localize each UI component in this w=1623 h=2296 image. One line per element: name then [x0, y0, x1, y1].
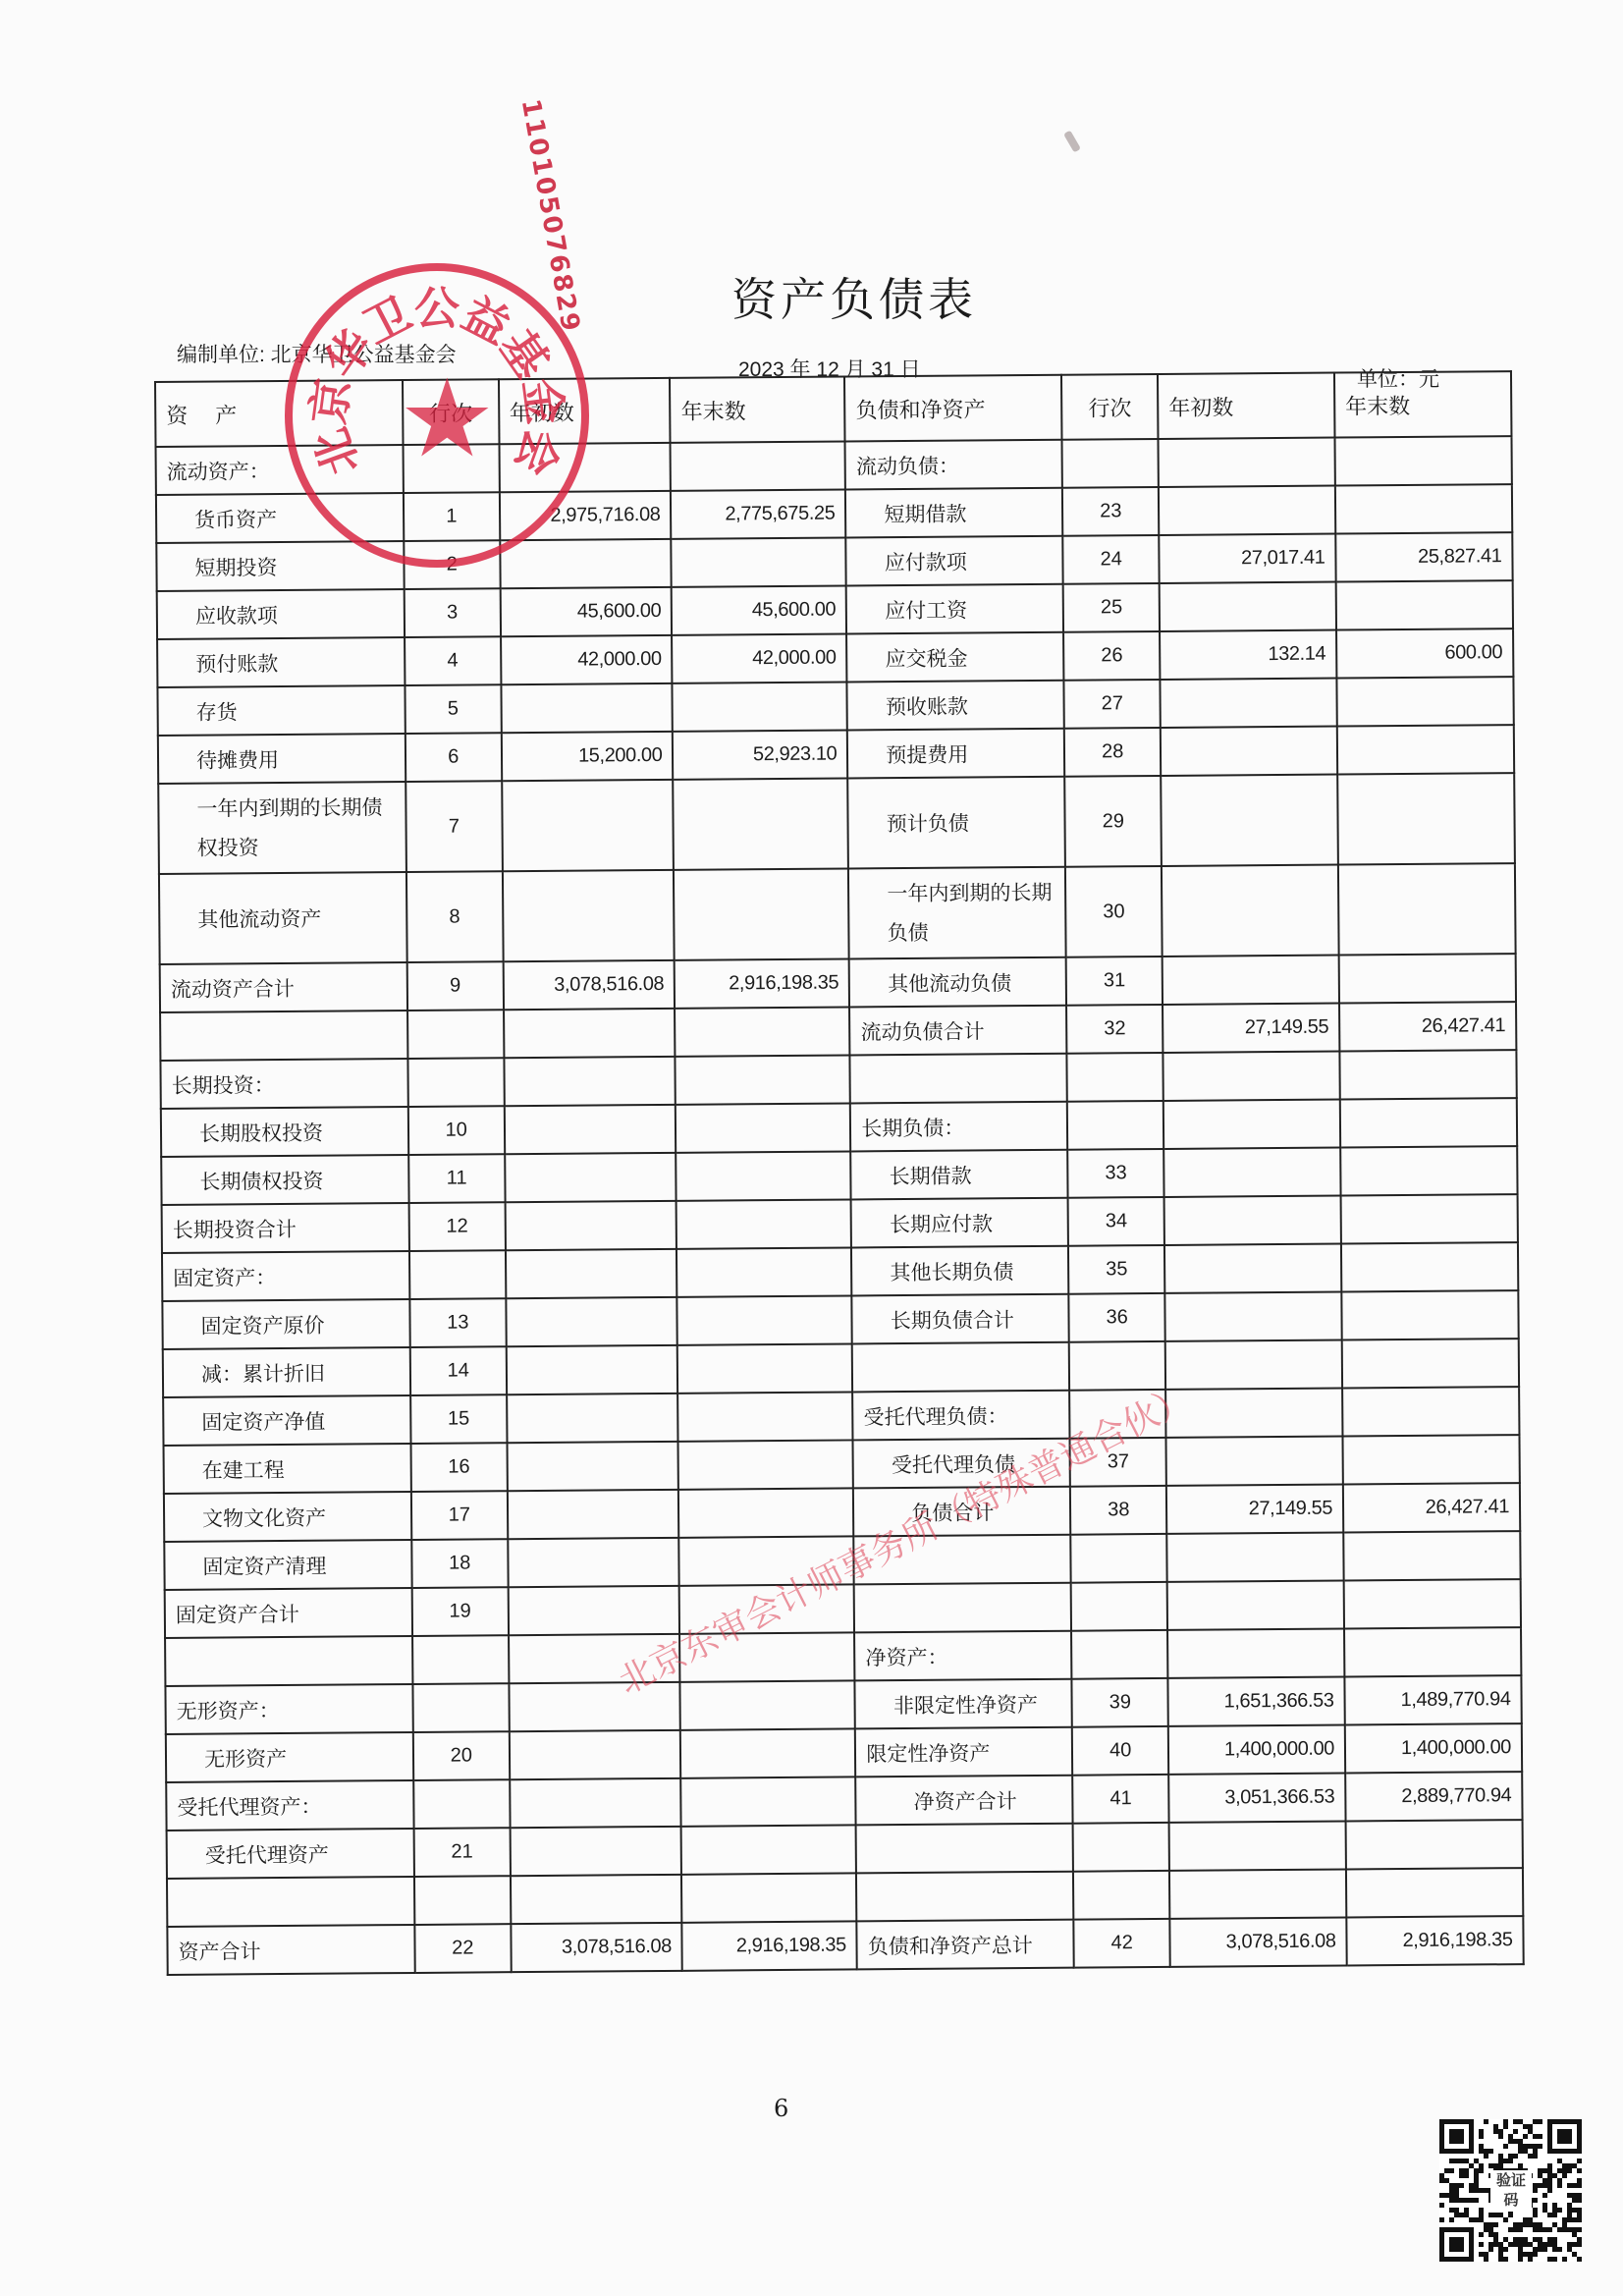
- asset-label: [160, 1011, 407, 1061]
- asset-end: [676, 1055, 850, 1104]
- liability-label: 限定性净资产: [855, 1727, 1072, 1777]
- liability-end: 26,427.41: [1339, 1002, 1516, 1051]
- compiling-unit: 编制单位: 北京华卫公益基金会: [177, 339, 457, 368]
- liability-begin: [1161, 775, 1338, 866]
- liability-label: [854, 1583, 1071, 1633]
- liability-begin: [1159, 486, 1335, 535]
- scan-speck: [1063, 130, 1081, 152]
- asset-begin: [507, 1442, 678, 1491]
- asset-begin: [502, 780, 675, 871]
- liability-line-no: [1069, 1390, 1165, 1439]
- asset-end: 2,775,675.25: [671, 489, 845, 538]
- asset-line-no: 4: [405, 636, 501, 685]
- asset-line-no: 1: [404, 492, 500, 541]
- liability-line-no: 27: [1064, 680, 1161, 729]
- asset-line-no: 18: [411, 1539, 508, 1588]
- liability-line-no: [1069, 1341, 1165, 1391]
- asset-begin: [504, 1009, 676, 1058]
- asset-line-no: 20: [413, 1731, 510, 1780]
- asset-label: 固定资产原价: [162, 1299, 409, 1349]
- asset-begin: 3,078,516.08: [511, 1923, 682, 1972]
- liability-end: [1337, 773, 1515, 864]
- liability-line-no: 32: [1066, 1005, 1163, 1054]
- asset-begin: [501, 683, 673, 733]
- asset-label: 流动资产：: [156, 445, 404, 495]
- asset-end: [674, 868, 849, 959]
- asset-label: 待摊费用: [158, 734, 406, 784]
- liability-line-no: 41: [1073, 1775, 1169, 1824]
- liability-begin: [1169, 1870, 1346, 1919]
- asset-line-no: 14: [410, 1346, 507, 1395]
- asset-line-no: 15: [410, 1394, 507, 1444]
- liability-begin: [1163, 1100, 1340, 1149]
- header-liabilities: 负债和净资产: [844, 375, 1062, 442]
- asset-line-no: 6: [406, 733, 502, 782]
- asset-begin: [509, 1682, 680, 1731]
- liability-begin: [1161, 727, 1337, 776]
- liability-begin: [1164, 1244, 1341, 1293]
- asset-begin: [503, 870, 676, 961]
- asset-end: [679, 1584, 854, 1633]
- liability-line-no: 31: [1066, 957, 1163, 1006]
- liability-begin: 27,149.55: [1166, 1485, 1343, 1534]
- liability-end: [1336, 677, 1513, 726]
- asset-end: [680, 1680, 855, 1729]
- asset-begin: [511, 1875, 682, 1924]
- header-line-no-right: 行次: [1061, 374, 1158, 440]
- liability-end: 2,916,198.35: [1346, 1916, 1523, 1965]
- asset-label: 固定资产：: [162, 1251, 409, 1301]
- asset-label: 固定资产清理: [164, 1540, 411, 1590]
- liability-end: [1341, 1194, 1518, 1243]
- asset-begin: [504, 1057, 676, 1106]
- asset-label: 固定资产净值: [163, 1395, 410, 1446]
- asset-line-no: [413, 1779, 510, 1829]
- asset-begin: [508, 1538, 679, 1587]
- asset-begin: [509, 1730, 680, 1779]
- asset-end: [676, 1151, 851, 1200]
- liability-end: [1342, 1435, 1519, 1484]
- asset-end: [676, 1247, 851, 1296]
- liability-end: [1342, 1387, 1519, 1436]
- liability-line-no: [1071, 1630, 1167, 1679]
- asset-end: [674, 778, 849, 869]
- liability-label: 长期借款: [850, 1150, 1067, 1200]
- asset-label: 文物文化资产: [164, 1492, 411, 1542]
- asset-line-no: 13: [409, 1298, 506, 1347]
- asset-begin: [510, 1827, 681, 1876]
- liability-end: [1338, 863, 1516, 955]
- asset-begin: [506, 1297, 677, 1346]
- liability-label: 应付款项: [846, 536, 1063, 586]
- liability-label: 长期应付款: [851, 1198, 1068, 1248]
- liability-line-no: 30: [1065, 866, 1162, 957]
- asset-label: 在建工程: [164, 1444, 411, 1494]
- liability-end: [1335, 484, 1512, 533]
- liability-label: 受托代理负债: [853, 1439, 1070, 1489]
- liability-line-no: 29: [1065, 776, 1162, 867]
- asset-line-no: 9: [407, 961, 504, 1011]
- asset-end: [672, 537, 846, 586]
- liability-end: [1346, 1820, 1523, 1869]
- asset-end: 2,916,198.35: [675, 958, 849, 1008]
- table-row: 其他流动资产8一年内到期的长期负债30: [159, 863, 1516, 964]
- header-end: 年末数: [670, 376, 844, 442]
- liability-line-no: 36: [1069, 1293, 1165, 1342]
- asset-begin: [505, 1201, 676, 1250]
- asset-begin: [506, 1345, 677, 1394]
- asset-begin: [505, 1153, 676, 1202]
- liability-line-no: 33: [1068, 1149, 1164, 1198]
- liability-begin: [1160, 582, 1336, 631]
- asset-end: 42,000.00: [672, 633, 846, 683]
- liability-label: 其他流动负债: [849, 957, 1066, 1008]
- asset-line-no: 5: [405, 684, 501, 734]
- liability-end: [1342, 1339, 1519, 1388]
- liability-line-no: [1071, 1582, 1167, 1631]
- asset-begin: [507, 1490, 678, 1539]
- table-header-row: 资 产 行次 年初数 年末数 负债和净资产 行次 年初数 年末数: [155, 371, 1511, 447]
- asset-label: 长期投资：: [160, 1059, 407, 1109]
- liability-line-no: [1073, 1823, 1169, 1872]
- liability-end: [1346, 1868, 1523, 1917]
- asset-label: 预付账款: [157, 637, 405, 687]
- asset-line-no: 17: [411, 1491, 508, 1540]
- asset-end: [681, 1873, 856, 1922]
- asset-line-no: 11: [408, 1154, 505, 1203]
- liability-line-no: 40: [1072, 1726, 1168, 1776]
- liability-begin: 1,651,366.53: [1167, 1677, 1344, 1726]
- qr-label: 验证码: [1490, 2170, 1532, 2212]
- liability-begin: 1,400,000.00: [1168, 1725, 1345, 1775]
- liability-label: 流动负债合计: [849, 1006, 1066, 1056]
- liability-end: [1336, 580, 1513, 629]
- liability-begin: [1162, 865, 1339, 957]
- asset-label: 短期投资: [156, 541, 404, 591]
- asset-line-no: [412, 1683, 509, 1732]
- asset-line-no: 3: [405, 588, 501, 637]
- liability-label: [856, 1824, 1073, 1874]
- liability-line-no: 38: [1070, 1486, 1166, 1535]
- liability-begin: [1164, 1196, 1341, 1245]
- asset-end: [676, 1103, 850, 1152]
- page-number: 6: [774, 2095, 788, 2122]
- asset-end: [678, 1392, 853, 1441]
- liability-line-no: 25: [1063, 583, 1160, 632]
- liability-label: 短期借款: [845, 488, 1062, 538]
- asset-begin: [500, 539, 672, 588]
- asset-end: [673, 682, 847, 731]
- liability-end: [1344, 1579, 1521, 1628]
- asset-line-no: 19: [412, 1587, 509, 1636]
- asset-end: [679, 1536, 854, 1585]
- liability-end: [1340, 1146, 1517, 1195]
- liability-line-no: 28: [1064, 728, 1161, 777]
- liability-begin: [1165, 1389, 1342, 1438]
- asset-line-no: 16: [410, 1443, 507, 1492]
- liability-begin: 3,051,366.53: [1168, 1774, 1345, 1823]
- liability-end: [1334, 436, 1511, 485]
- asset-end: [676, 1199, 851, 1248]
- asset-end: [677, 1343, 852, 1393]
- verification-qr-code[interactable]: 验证码: [1439, 2119, 1582, 2262]
- asset-label: 资产合计: [167, 1925, 414, 1975]
- asset-label: [167, 1877, 414, 1927]
- liability-begin: 132.14: [1160, 630, 1336, 680]
- asset-label: 货币资产: [156, 493, 404, 543]
- liability-begin: [1167, 1629, 1344, 1678]
- liability-label: [850, 1054, 1067, 1104]
- liability-line-no: 42: [1074, 1919, 1170, 1968]
- liability-label: 流动负债：: [845, 440, 1062, 490]
- liability-line-no: 23: [1062, 487, 1159, 536]
- asset-begin: [510, 1778, 681, 1828]
- asset-end: [675, 1007, 849, 1056]
- asset-label: 无形资产：: [165, 1684, 412, 1734]
- liability-label: [852, 1342, 1069, 1393]
- header-end-right: 年末数: [1334, 371, 1512, 437]
- liability-line-no: 37: [1070, 1438, 1166, 1487]
- table-row: 一年内到期的长期债权投资7预计负债29: [158, 773, 1515, 874]
- asset-line-no: [409, 1250, 506, 1299]
- asset-end: [681, 1825, 856, 1874]
- asset-line-no: 2: [404, 540, 500, 589]
- asset-end: [677, 1295, 852, 1344]
- liability-label: 其他长期负债: [851, 1246, 1068, 1296]
- liability-label: 应付工资: [846, 584, 1063, 634]
- asset-begin: 15,200.00: [501, 732, 673, 781]
- liability-begin: [1163, 1148, 1340, 1197]
- seal-char: 公: [414, 273, 460, 338]
- asset-end: 52,923.10: [673, 730, 847, 779]
- asset-begin: 45,600.00: [500, 587, 672, 636]
- asset-begin: [509, 1634, 680, 1683]
- liability-label: 非限定性净资产: [855, 1679, 1072, 1729]
- liability-end: [1341, 1290, 1518, 1339]
- liability-line-no: [1073, 1871, 1169, 1920]
- asset-line-no: 12: [409, 1202, 506, 1251]
- liability-begin: [1165, 1340, 1342, 1390]
- asset-label: 受托代理资产：: [166, 1780, 413, 1831]
- asset-line-no: [407, 1010, 504, 1059]
- asset-label: 流动资产合计: [160, 962, 407, 1012]
- liability-line-no: [1062, 439, 1159, 488]
- liability-label: 长期负债：: [850, 1102, 1067, 1152]
- asset-begin: 42,000.00: [501, 635, 673, 684]
- asset-begin: [506, 1249, 677, 1298]
- asset-line-no: 21: [414, 1828, 511, 1877]
- header-assets: 资 产: [155, 380, 403, 447]
- asset-line-no: 22: [414, 1924, 511, 1973]
- liability-end: [1344, 1627, 1521, 1676]
- asset-label: 无形资产: [166, 1732, 413, 1782]
- asset-line-no: 7: [406, 781, 502, 872]
- liability-line-no: [1067, 1053, 1163, 1102]
- liability-label: 负债和净资产总计: [857, 1920, 1074, 1970]
- asset-end: [680, 1728, 855, 1777]
- asset-begin: 3,078,516.08: [503, 960, 675, 1010]
- liability-begin: [1163, 956, 1339, 1005]
- liability-begin: [1167, 1581, 1344, 1630]
- asset-label: 固定资产合计: [165, 1588, 412, 1638]
- liability-label: [854, 1535, 1071, 1585]
- liability-begin: [1166, 1437, 1343, 1486]
- asset-label: 存货: [157, 685, 405, 736]
- liability-label: 负债合计: [853, 1487, 1070, 1537]
- seal-char: 益: [453, 279, 522, 357]
- liability-begin: [1169, 1822, 1346, 1871]
- balance-sheet-table: 资 产 行次 年初数 年末数 负债和净资产 行次 年初数 年末数 流动资产：流动…: [154, 370, 1525, 1976]
- liability-end: 1,400,000.00: [1345, 1723, 1522, 1773]
- liability-end: 1,489,770.94: [1344, 1675, 1521, 1724]
- liability-line-no: 35: [1068, 1245, 1164, 1294]
- asset-label: 减：累计折旧: [163, 1347, 410, 1397]
- liability-begin: 27,149.55: [1163, 1004, 1339, 1053]
- asset-end: 45,600.00: [672, 585, 846, 634]
- liability-begin: 27,017.41: [1159, 534, 1335, 583]
- asset-begin: 2,975,716.08: [500, 491, 672, 540]
- liability-end: 26,427.41: [1343, 1483, 1520, 1532]
- liability-line-no: [1071, 1534, 1167, 1583]
- asset-begin: [504, 1105, 676, 1154]
- asset-label: 长期股权投资: [161, 1107, 408, 1157]
- liability-line-no: 26: [1063, 631, 1160, 681]
- header-begin-right: 年初数: [1158, 373, 1334, 439]
- asset-label: 长期债权投资: [161, 1155, 408, 1205]
- table-row: 资产合计223,078,516.082,916,198.35负债和净资产总计42…: [167, 1916, 1523, 1975]
- asset-label: 一年内到期的长期债权投资: [158, 782, 406, 874]
- liability-label: 应交税金: [846, 632, 1063, 683]
- balance-sheet: 资 产 行次 年初数 年末数 负债和净资产 行次 年初数 年末数 流动资产：流动…: [154, 370, 1525, 1976]
- asset-end: [681, 1777, 856, 1826]
- liability-label: 预计负债: [847, 777, 1065, 869]
- asset-end: [678, 1488, 853, 1537]
- liability-line-no: [1067, 1101, 1163, 1150]
- asset-line-no: [414, 1876, 511, 1925]
- liability-end: 2,889,770.94: [1345, 1772, 1522, 1821]
- liability-end: [1341, 1242, 1518, 1291]
- liability-begin: 3,078,516.08: [1169, 1918, 1346, 1967]
- liability-begin: [1163, 1052, 1339, 1101]
- header-line-no: 行次: [403, 379, 499, 445]
- liability-end: [1337, 725, 1514, 774]
- liability-begin: [1166, 1533, 1343, 1582]
- document-title: 资产负债表: [731, 264, 977, 329]
- asset-label: 长期投资合计: [162, 1203, 409, 1253]
- asset-line-no: 10: [408, 1106, 505, 1155]
- liability-label: 一年内到期的长期负债: [848, 867, 1066, 959]
- liability-line-no: 24: [1063, 535, 1160, 584]
- liability-begin: [1160, 679, 1336, 728]
- liability-label: [856, 1872, 1073, 1922]
- liability-label: 预提费用: [847, 729, 1064, 779]
- liability-begin: [1164, 1292, 1341, 1341]
- liability-label: 长期负债合计: [852, 1294, 1069, 1344]
- asset-label: 其他流动资产: [159, 872, 407, 964]
- asset-line-no: [412, 1635, 509, 1684]
- liability-label: 净资产：: [854, 1631, 1071, 1681]
- asset-label: 应收款项: [157, 589, 405, 639]
- header-begin: 年初数: [499, 378, 671, 444]
- asset-end: [671, 441, 845, 490]
- asset-label: [165, 1636, 412, 1686]
- asset-begin: [508, 1586, 679, 1635]
- seal-number: 110105076829: [515, 97, 585, 336]
- asset-end: [678, 1440, 853, 1489]
- asset-line-no: [403, 444, 499, 493]
- asset-label: 受托代理资产: [167, 1829, 414, 1879]
- liability-label: 预收账款: [847, 681, 1064, 731]
- asset-end: [679, 1632, 854, 1681]
- asset-line-no: [407, 1058, 504, 1107]
- liability-end: 600.00: [1336, 629, 1513, 678]
- liability-line-no: 34: [1068, 1197, 1164, 1246]
- liability-line-no: 39: [1072, 1678, 1168, 1727]
- asset-begin: [507, 1394, 678, 1443]
- liability-end: [1339, 1050, 1516, 1099]
- asset-end: 2,916,198.35: [682, 1921, 857, 1970]
- asset-begin: [499, 443, 671, 492]
- liability-end: [1340, 1098, 1517, 1147]
- liability-label: 净资产合计: [855, 1776, 1072, 1826]
- asset-line-no: 8: [406, 871, 503, 962]
- liability-end: 25,827.41: [1335, 532, 1512, 581]
- liability-end: [1339, 954, 1516, 1003]
- liability-end: [1343, 1531, 1520, 1580]
- liability-begin: [1159, 438, 1335, 487]
- liability-label: 受托代理负债：: [852, 1391, 1069, 1441]
